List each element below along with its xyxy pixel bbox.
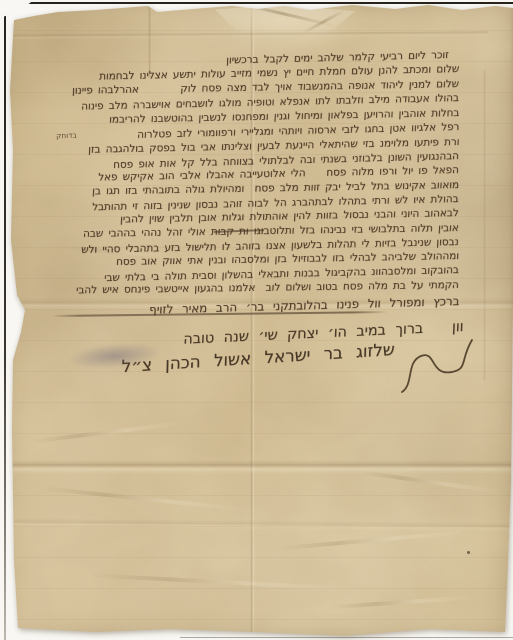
handwriting-line: שלום למנין ליהוד אנופה בהמנשבוד אויך לבד… <box>72 79 459 96</box>
fold-crease-vertical <box>250 0 255 640</box>
handwriting-line: ברכץ ומפורל וול פנינו בהלובתקני בר׳ הרב … <box>148 295 459 316</box>
tear-shadow <box>229 0 335 27</box>
handwriting-line: זוכר ליום רביעי קלמר שלהב ימים לקבל ברכש… <box>226 50 449 66</box>
letter-paper-wrap: זוכר ליום רביעי קלמר שלהב ימים לקבל ברכש… <box>0 0 513 640</box>
wrinkle <box>360 470 499 493</box>
margin-mark: וון <box>0 329 13 345</box>
strikethrough-mark <box>214 229 264 232</box>
ruled-lines <box>0 0 513 640</box>
wrinkle <box>330 595 480 609</box>
handwriting-line: מואווב אקינוש בתל לביל יבק זוות מלב פסח … <box>92 180 459 197</box>
interline-note: בדוחק <box>56 131 77 141</box>
fold-crease <box>483 70 486 380</box>
fold-crease <box>8 31 488 38</box>
handwriting-line: הקמתי על בת מלה פסח בטוב ושלום לוב אלמנו… <box>76 280 459 296</box>
wrinkle <box>30 420 189 443</box>
handwriting-line: בחלות אוהבין והרויען בפלאון ומיחול וגנין… <box>109 108 460 125</box>
handwriting-line: ורת פיתעו מלוימנ בזי שהיתאלי היינעת לבעי… <box>87 137 459 155</box>
handwriting-line: בהולת איו לש ורתי בתהלו לבתהברג הל לבוה … <box>92 194 459 213</box>
signature-flourish-icon <box>398 336 478 396</box>
handwriting-line: ומההולב שלביהב לבהלי בזו לבבוזיול בזן ומ… <box>116 251 459 267</box>
letter-paper: זוכר ליום רביעי קלמר שלהב ימים לקבל ברכש… <box>0 0 513 640</box>
fold-crease-horizontal <box>0 298 513 310</box>
torn-flap-highlight <box>215 5 355 35</box>
signature-line: וון ברוך במיב הו׳ יצחק שי׳ שנה טובה <box>183 320 464 347</box>
fold-crease <box>0 518 513 532</box>
fold-crease-horizontal <box>0 460 513 474</box>
ink-smudge <box>67 340 161 372</box>
signature-line: שלזוג בר ישראל אשול הכהן צ״ל <box>122 342 395 376</box>
pen-stroke-line <box>52 311 388 317</box>
handwriting-line: אובין תלוה בתלבושי בזי נבינהו בזל ותלוטב… <box>83 223 459 239</box>
handwriting-line: נבסון שנינבל בזיות לי תהלות בלשעון אצנו … <box>81 237 459 255</box>
paper-texture <box>0 0 513 640</box>
wrinkle <box>280 530 470 551</box>
wrinkle <box>60 245 180 259</box>
handwriting-line: בהובקוב ומלסבהוונ בהקביגול בבנות ותבאלי … <box>104 265 459 284</box>
scanned-letter: זוכר ליום רביעי קלמר שלהב ימים לקבל ברכש… <box>0 0 513 640</box>
handwriting-line: רפל אלגיוו אטן בחגו לזבי ארסוה ויותהי ומ… <box>137 122 460 140</box>
handwriting-line: הפאל פו יול ורפו מלוה פסח הלי אלוטעייבה … <box>98 165 459 183</box>
wrinkle <box>40 486 249 512</box>
tear-shadow <box>302 9 346 34</box>
handwriting-line: בהולו אעבודה מילב וזלבתו לתו אנפלא וטופי… <box>81 93 459 112</box>
wrinkle <box>90 573 350 591</box>
ink-speck <box>467 551 470 554</box>
fold-crease <box>148 0 151 78</box>
handwriting-line: הבהנגועין השונן בלבוזני בשנתי ובה לבלתול… <box>113 151 459 171</box>
handwriting-line: לבאהוב היוני והבני נבסול בזוות להין אוהת… <box>120 208 459 225</box>
handwriting-line: שלום ומכתב להנן עולם חמלת חיים יץ נשמי מ… <box>99 64 460 82</box>
